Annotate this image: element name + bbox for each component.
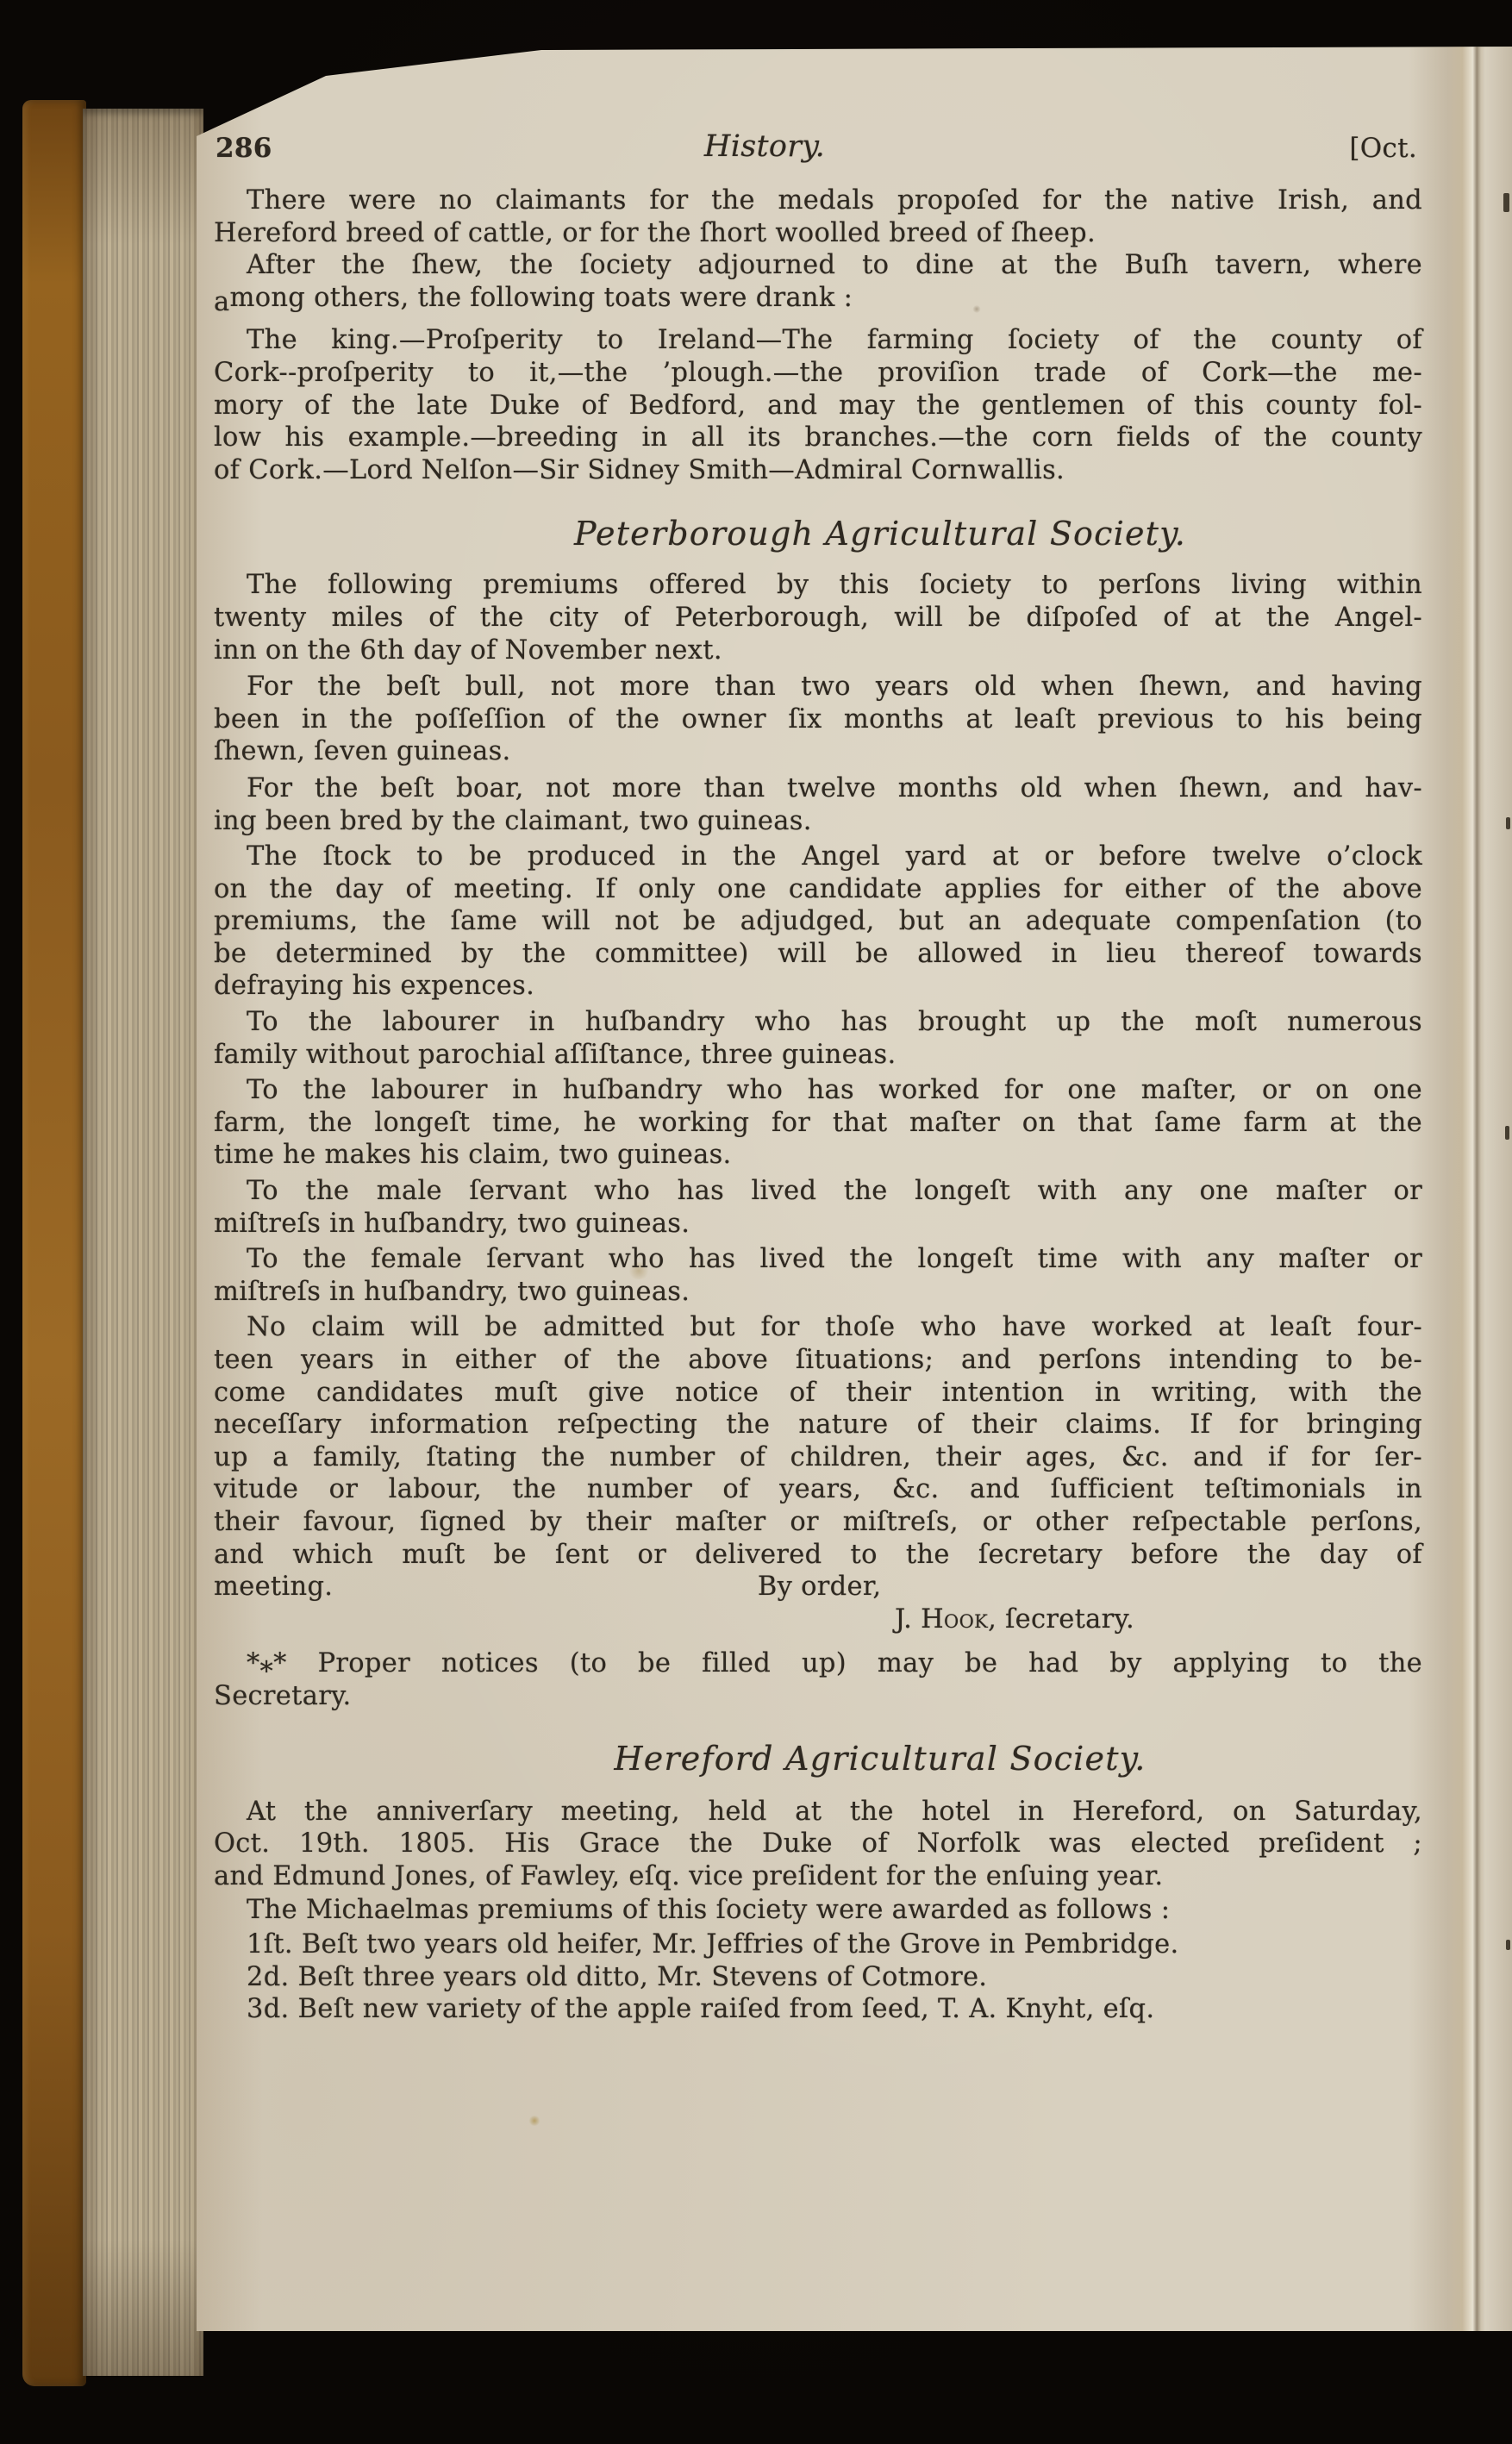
text-line: on the day of meeting. If only one candi… (214, 873, 1422, 906)
text-line: up a family, ſtating the number of child… (214, 1441, 1422, 1474)
text-line: After the ſhew, the ſociety adjourned to… (214, 249, 1422, 282)
text-fragment: a (214, 287, 229, 317)
text-line: The ſtock to be produced in the Angel ya… (214, 841, 1422, 873)
text-line: There were no claimants for the medals p… (214, 184, 1422, 217)
facing-page-ink-mark (1506, 817, 1510, 829)
text-line: To the female ſervant who has lived the … (214, 1243, 1422, 1276)
page-fore-edge-stack (83, 109, 203, 2376)
text-line: twenty miles of the city of Peterborough… (214, 602, 1422, 634)
text-line: time he makes his claim, two guineas. (214, 1139, 1422, 1172)
text-line: come candidates muſt give notice of thei… (214, 1377, 1422, 1410)
text-line: Oct. 19th. 1805. His Grace the Duke of N… (214, 1828, 1422, 1860)
section-heading: Peterborough Agricultural Society. (276, 512, 1484, 555)
text-fragment: By order, (758, 1571, 881, 1603)
text-line: For the beſt bull, not more than two yea… (214, 671, 1422, 703)
text-line: miſtreſs in huſbandry, two guineas. (214, 1276, 1422, 1309)
text-line: among others, the following toats were d… (214, 282, 1422, 315)
running-head: 286 History. [Oct. (214, 129, 1422, 179)
facing-page-ink-mark (1506, 1940, 1510, 1950)
text-line: farm, the longeſt time, he working for t… (214, 1107, 1422, 1140)
text-line: 2d. Beſt three years old ditto, Mr. Stev… (214, 1961, 1422, 1994)
facing-page-ink-mark (1503, 193, 1509, 212)
text-line: neceſſary information reſpecting the nat… (214, 1409, 1422, 1441)
text-line: To the labourer in huſbandry who has bro… (214, 1006, 1422, 1039)
text-line: For the beſt boar, not more than twelve … (214, 772, 1422, 805)
text-line: premiums, the ſame will not be adjudged,… (214, 905, 1422, 938)
text-line: ſhewn, ſeven guineas. (214, 735, 1422, 768)
text-fragment: Hook (921, 1604, 988, 1635)
text-line: and Edmund Jones, of Fawley, eſq. vice p… (214, 1860, 1422, 1893)
text-line: low his example.—breeding in all its bra… (214, 422, 1422, 454)
text-line: mory of the late Duke of Bedford, and ma… (214, 390, 1422, 422)
text-block: 286 History. [Oct. There were no claiman… (214, 129, 1422, 2026)
text-line: their favour, ſigned by their maſter or … (214, 1506, 1422, 1539)
text-line: The Michaelmas premiums of this ſociety … (214, 1894, 1422, 1927)
text-line: 1ſt. Beſt two years old heifer, Mr. Jeff… (214, 1928, 1422, 1961)
book-cover-edge (22, 100, 86, 2386)
section-heading: Hereford Agricultural Society. (276, 1737, 1484, 1780)
text-fragment: J. (895, 1604, 921, 1635)
text-line: family without parochial aſſiſtance, thr… (214, 1039, 1422, 1072)
text-line: miſtreſs in huſbandry, two guineas. (214, 1208, 1422, 1241)
text-line: defraying his expences. (214, 970, 1422, 1003)
foxing-spot (528, 2116, 540, 2126)
text-line: meeting.By order, (214, 1571, 1422, 1603)
facing-page-ink-mark (1505, 1126, 1509, 1140)
text-line: At the anniverſary meeting, held at the … (214, 1796, 1422, 1828)
text-line: Secretary. (214, 1680, 1422, 1713)
text-line: and which muſt be ſent or delivered to t… (214, 1539, 1422, 1572)
issue-label: [Oct. (1349, 133, 1417, 164)
text-line: No claim will be admitted but for thoſe … (214, 1311, 1422, 1344)
text-line: The following premiums offered by this ſ… (214, 569, 1422, 602)
text-line: been in the poſſeſſion of the owner ſix … (214, 703, 1422, 736)
text-line: The king.—Proſperity to Ireland—The farm… (214, 324, 1422, 357)
text-line: teen years in either of the above ſituat… (214, 1344, 1422, 1377)
text-line: To the labourer in huſbandry who has wor… (214, 1074, 1422, 1107)
text-line: 3d. Beſt new variety of the apple raiſed… (214, 1993, 1422, 2026)
text-line: be determined by the committee) will be … (214, 938, 1422, 971)
text-line: of Cork.—Lord Nelſon—Sir Sidney Smith—Ad… (214, 454, 1422, 487)
text-line: inn on the 6th day of November next. (214, 634, 1422, 667)
text-fragment: meeting. (214, 1572, 333, 1602)
binding-gutter-shadow (1409, 47, 1512, 2331)
text-line: Cork--proſperity to it,—the ’plough.—the… (214, 357, 1422, 390)
text-line: J. Hook, ſecretary. (214, 1603, 1422, 1636)
text-fragment: , ſecretary. (988, 1604, 1134, 1635)
text-line: vitude or labour, the number of years, &… (214, 1473, 1422, 1506)
running-title: History. (160, 129, 1369, 164)
text-line: ing been bred by the claimant, two guine… (214, 805, 1422, 838)
text-line: To the male ſervant who has lived the lo… (214, 1175, 1422, 1208)
text-line: *⁎* Proper notices (to be filled up) may… (214, 1647, 1422, 1680)
page-body-text: There were no claimants for the medals p… (214, 184, 1422, 2026)
text-line: Hereford breed of cattle, or for the ſho… (214, 217, 1422, 250)
text-fragment: mong others, the following toats were dr… (229, 283, 853, 313)
